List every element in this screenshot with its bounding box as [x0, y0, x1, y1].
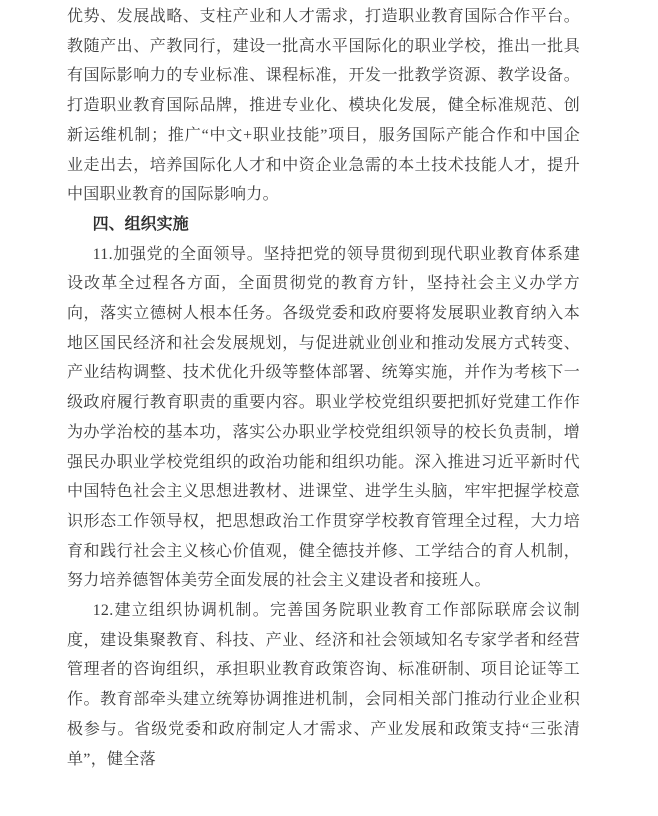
document-page: 优势、发展战略、支柱产业和人才需求，打造职业教育国际合作平台。教随产出、产教同行… — [0, 0, 658, 816]
paragraph-continuation: 优势、发展战略、支柱产业和人才需求，打造职业教育国际合作平台。教随产出、产教同行… — [67, 2, 580, 210]
section-heading-organization-implementation: 四、组织实施 — [67, 210, 580, 240]
paragraph-item-12: 12.建立组织协调机制。完善国务院职业教育工作部际联席会议制度，建设集聚教育、科… — [67, 596, 580, 774]
paragraph-item-11: 11.加强党的全面领导。坚持把党的领导贯彻到现代职业教育体系建设改革全过程各方面… — [67, 240, 580, 596]
